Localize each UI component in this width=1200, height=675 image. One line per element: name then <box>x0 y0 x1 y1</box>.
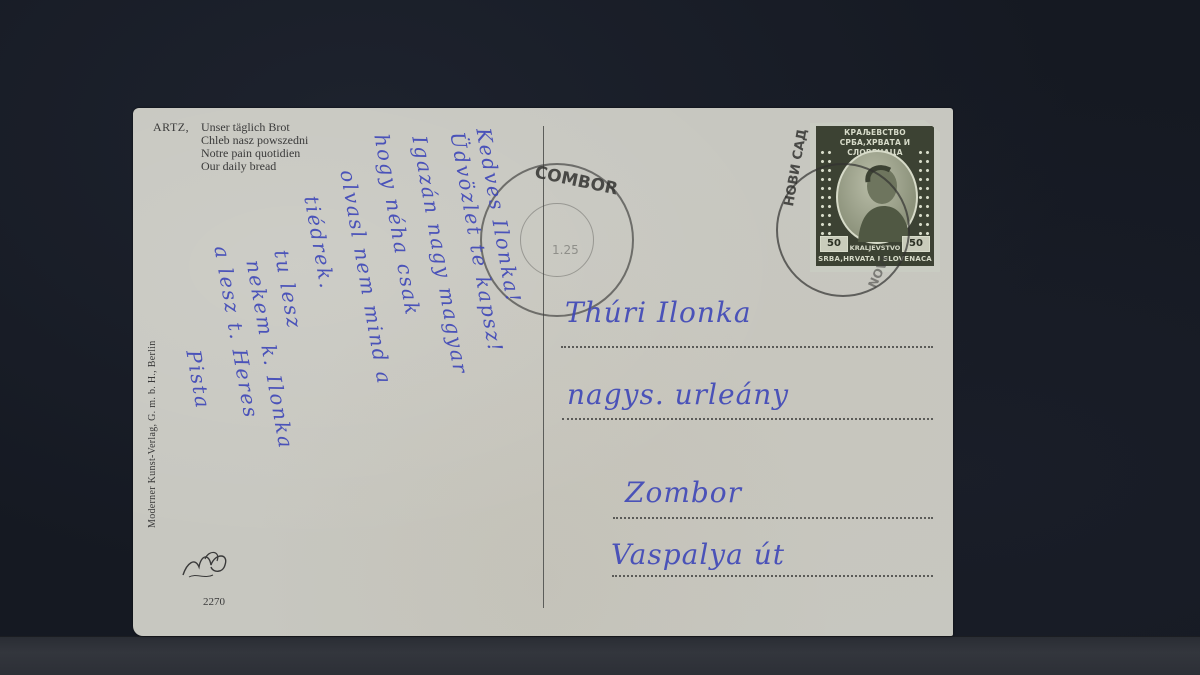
address-line-3 <box>613 517 933 519</box>
stamp-ornament-right <box>917 148 931 238</box>
publisher-logo-icon <box>175 545 235 590</box>
artist-name: ARTZ, <box>153 121 201 134</box>
publisher-imprint: Moderner Kunst-Verlag, G. m. b. H., Berl… <box>147 340 158 528</box>
novi-sad-postmark: НОВИ САД NOVI <box>776 163 910 297</box>
message-line: Pista <box>181 348 215 411</box>
address-city: Zombor <box>625 476 742 509</box>
series-number: 2270 <box>203 596 225 608</box>
address-line-1 <box>561 346 933 348</box>
address-title: nagys. urleány <box>567 378 789 411</box>
message-line: tiédrek. <box>299 194 339 292</box>
scanner-bed-edge <box>0 636 1200 675</box>
address-name: Thúri Ilonka <box>565 296 752 329</box>
address-line-2 <box>562 418 933 420</box>
printed-title-block: ARTZ,Unser täglich Brot Chleb nasz powsz… <box>153 121 308 173</box>
postcard: ARTZ,Unser täglich Brot Chleb nasz powsz… <box>133 108 953 636</box>
title-german: Unser täglich Brot <box>201 120 290 134</box>
address-line-4 <box>612 575 933 577</box>
title-english: Our daily bread <box>153 160 308 173</box>
address-street: Vaspalya út <box>611 538 785 571</box>
